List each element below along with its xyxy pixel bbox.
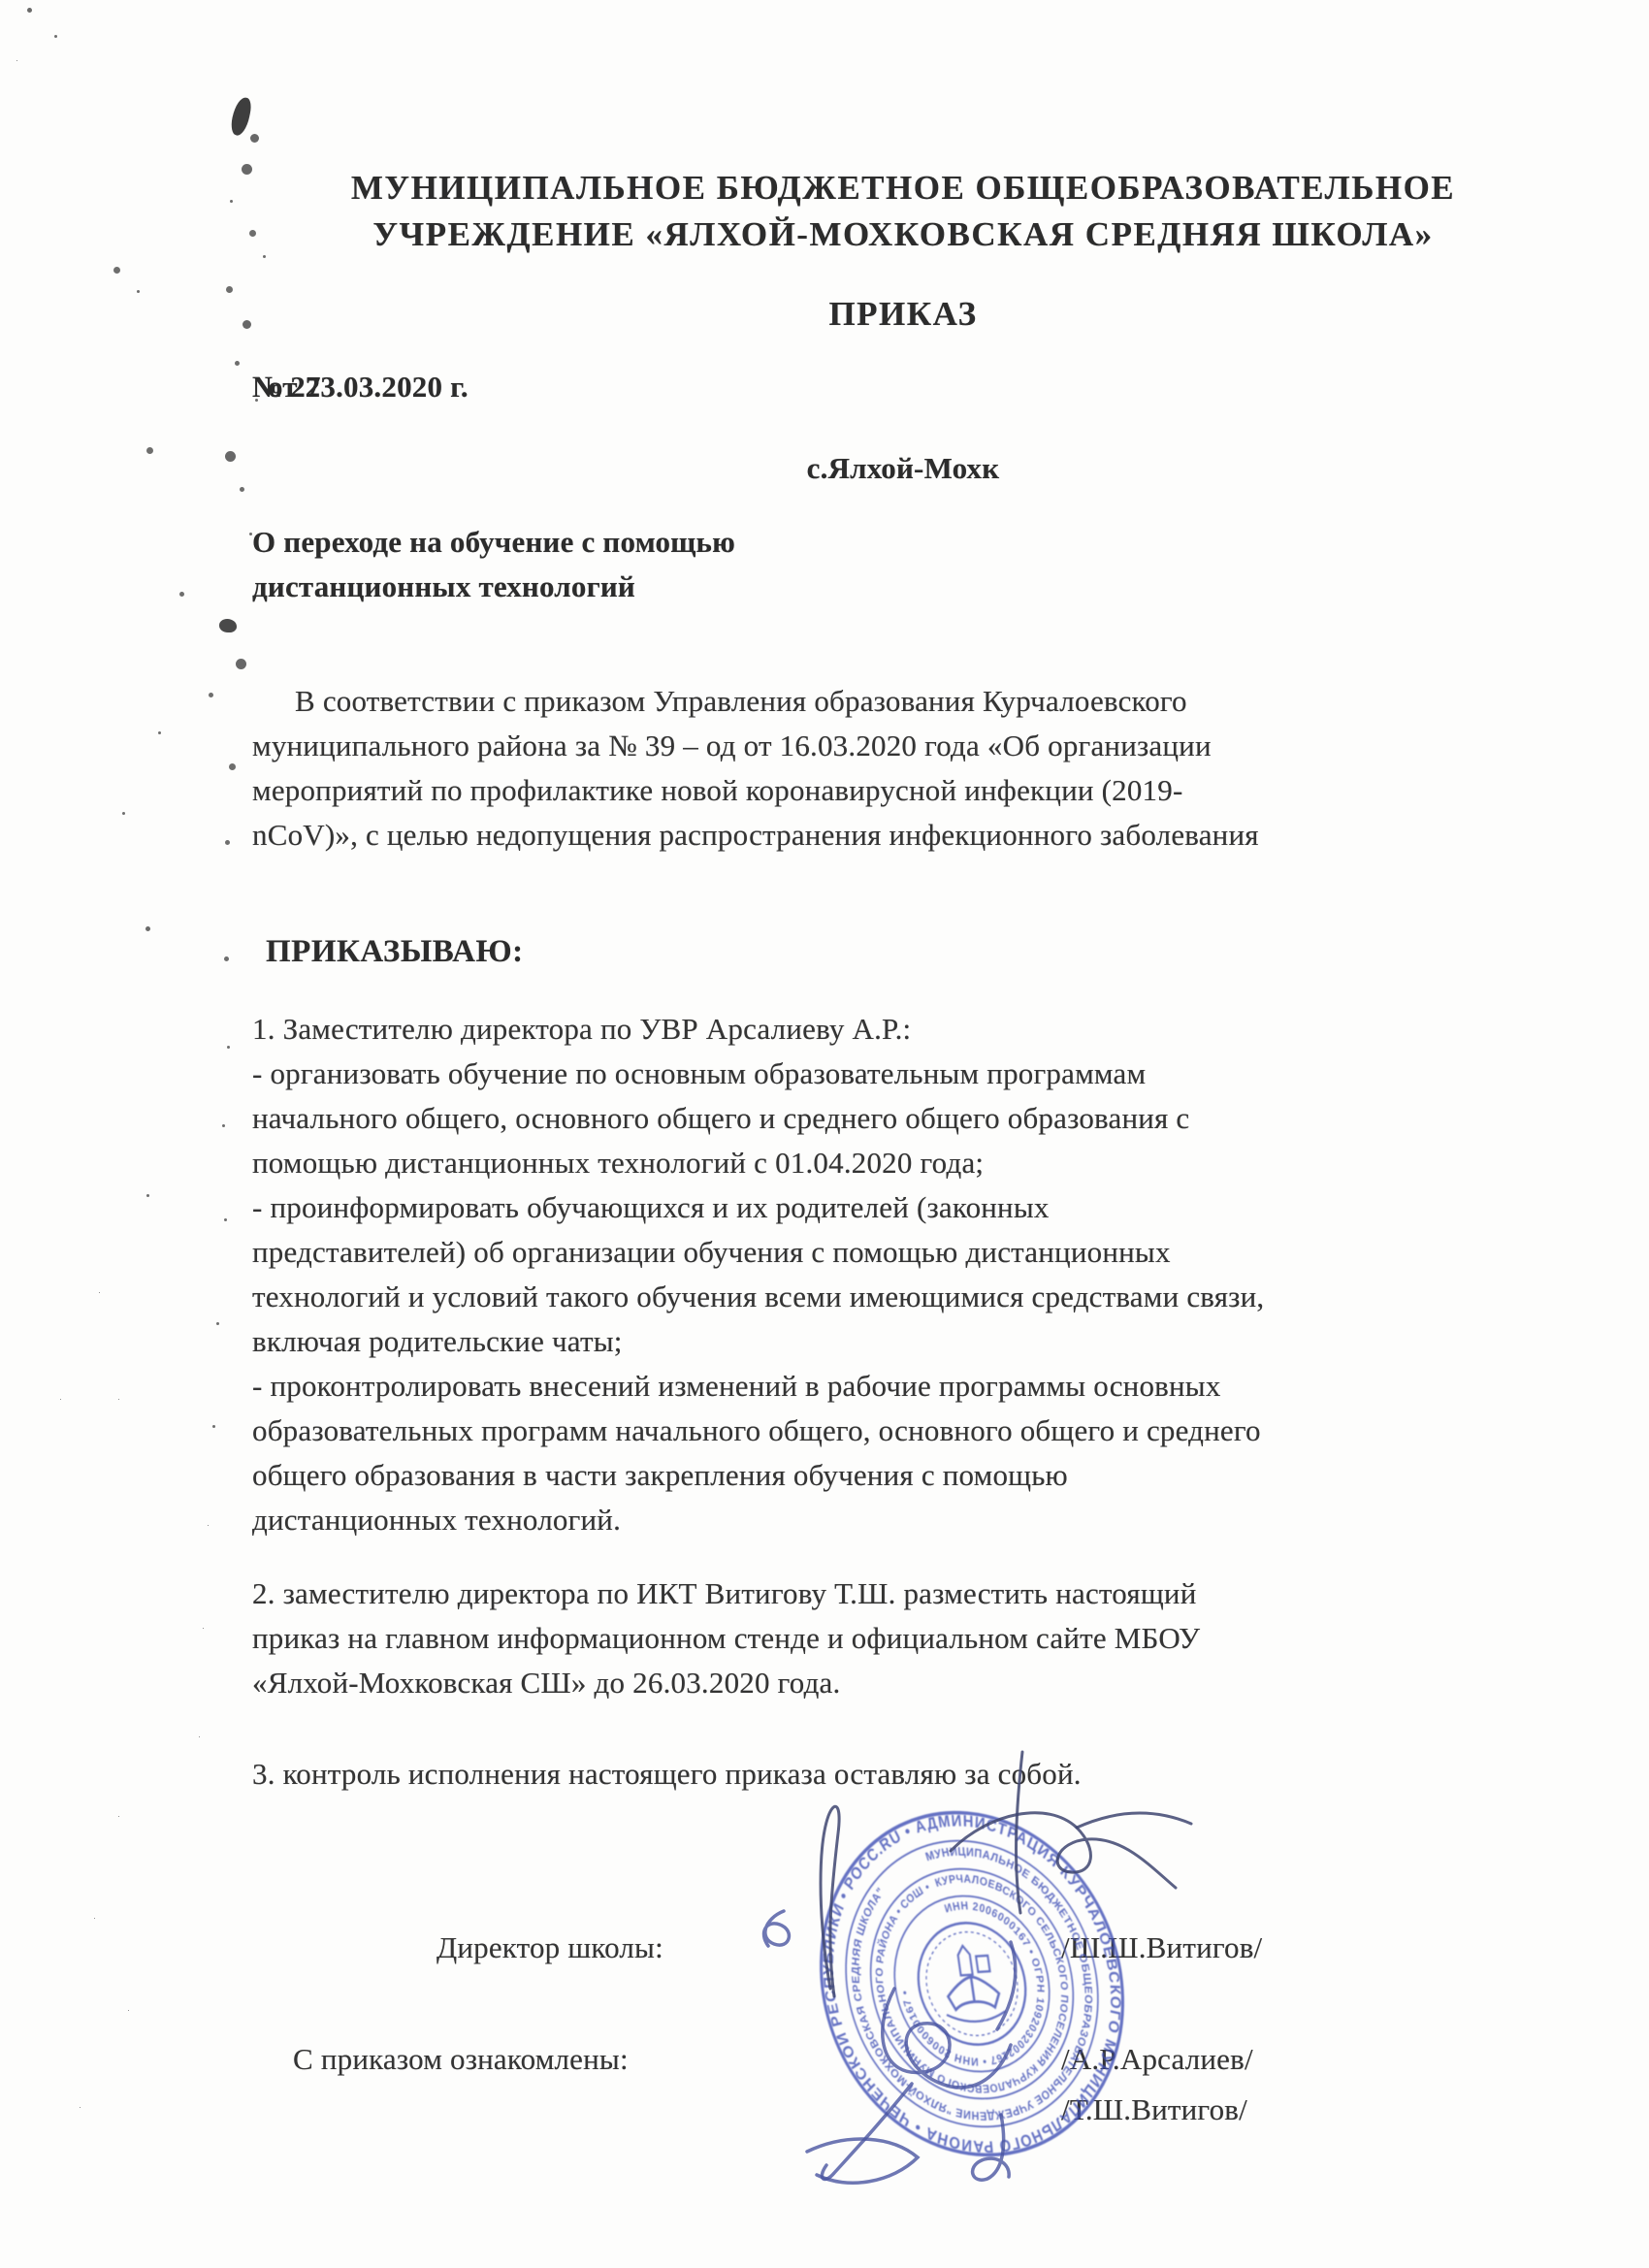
doc-type-title: ПРИКАЗ [277,291,1529,338]
scan-blob [219,619,237,632]
order-item-line: - организовать обучение по основным обра… [252,1052,1146,1096]
acknowledged-label: С приказом ознакомлены: [293,2037,629,2082]
order-item-line: начального общего, основного общего и ср… [252,1096,1189,1141]
director-label: Директор школы: [436,1926,663,1970]
signature-stroke [951,1813,1176,1888]
handwritten-signatures [757,1688,1436,2231]
order-item-line: дистанционных технологий. [252,1498,621,1542]
doc-place: с.Ялхой-Мохк [277,446,1529,491]
subject-line: О переходе на обучение с помощью [252,520,735,565]
scan-blob [229,96,253,138]
order-item-line: 2. заместителю директора по ИКТ Витигову… [252,1571,1197,1616]
order-item-line: помощью дистанционных технологий с 01.04… [252,1141,984,1185]
subject-line: дистанционных технологий [252,565,635,609]
scan-speckles-bottom [145,926,150,931]
signature-stroke [973,2115,1010,2180]
signature-stroke [997,1942,1016,2029]
order-item-line: включая родительские чаты; [252,1319,623,1364]
order-word: ПРИКАЗЫВАЮ: [266,929,524,974]
order-item-line: - проинформировать обучающихся и их роди… [252,1185,1050,1230]
signature-stroke [764,1911,790,1946]
signature-stroke [1077,1813,1191,1828]
scanned-order-page: МУНИЦИПАЛЬНОЕ БЮДЖЕТНОЕ ОБЩЕОБРАЗОВАТЕЛЬ… [0,0,1649,2268]
preamble-line: В соответствии с приказом Управления обр… [252,679,1187,724]
order-item-line: 1. Заместителю директора по УВР Арсалиев… [252,1007,911,1052]
order-item-line: общего образования в части закрепления о… [252,1453,1068,1498]
order-item-line: представителей) об организации обучения … [252,1230,1171,1275]
signature-stroke [821,1806,839,1996]
preamble-line: мероприятий по профилактике новой корона… [252,768,1182,813]
preamble-line: nCoV)», с целью недопущения распростране… [252,813,1259,858]
order-item-line: технологий и условий такого обучения все… [252,1275,1264,1319]
signature-stroke [1017,1752,1022,1913]
order-item-line: - проконтролировать внесений изменений в… [252,1364,1221,1409]
signature-stroke [807,2139,918,2183]
signature-stroke [822,2084,912,2179]
org-name-line1: МУНИЦИПАЛЬНОЕ БЮДЖЕТНОЕ ОБЩЕОБРАЗОВАТЕЛЬ… [277,165,1529,211]
scan-speckles-top [27,8,32,13]
preamble-line: муниципального района за № 39 – од от 16… [252,724,1212,768]
order-item-line: «Ялхой-Мохковская СШ» до 26.03.2020 года… [252,1661,840,1705]
doc-number: № 27 [252,365,1503,409]
signature-stroke [883,1989,1011,2088]
org-name-line2: УЧРЕЖДЕНИЕ «ЯЛХОЙ-МОХКОВСКАЯ СРЕДНЯЯ ШКО… [277,211,1529,258]
order-item-line: образовательных программ начального обще… [252,1409,1261,1453]
order-item-line: приказ на главном информационном стенде … [252,1616,1200,1661]
